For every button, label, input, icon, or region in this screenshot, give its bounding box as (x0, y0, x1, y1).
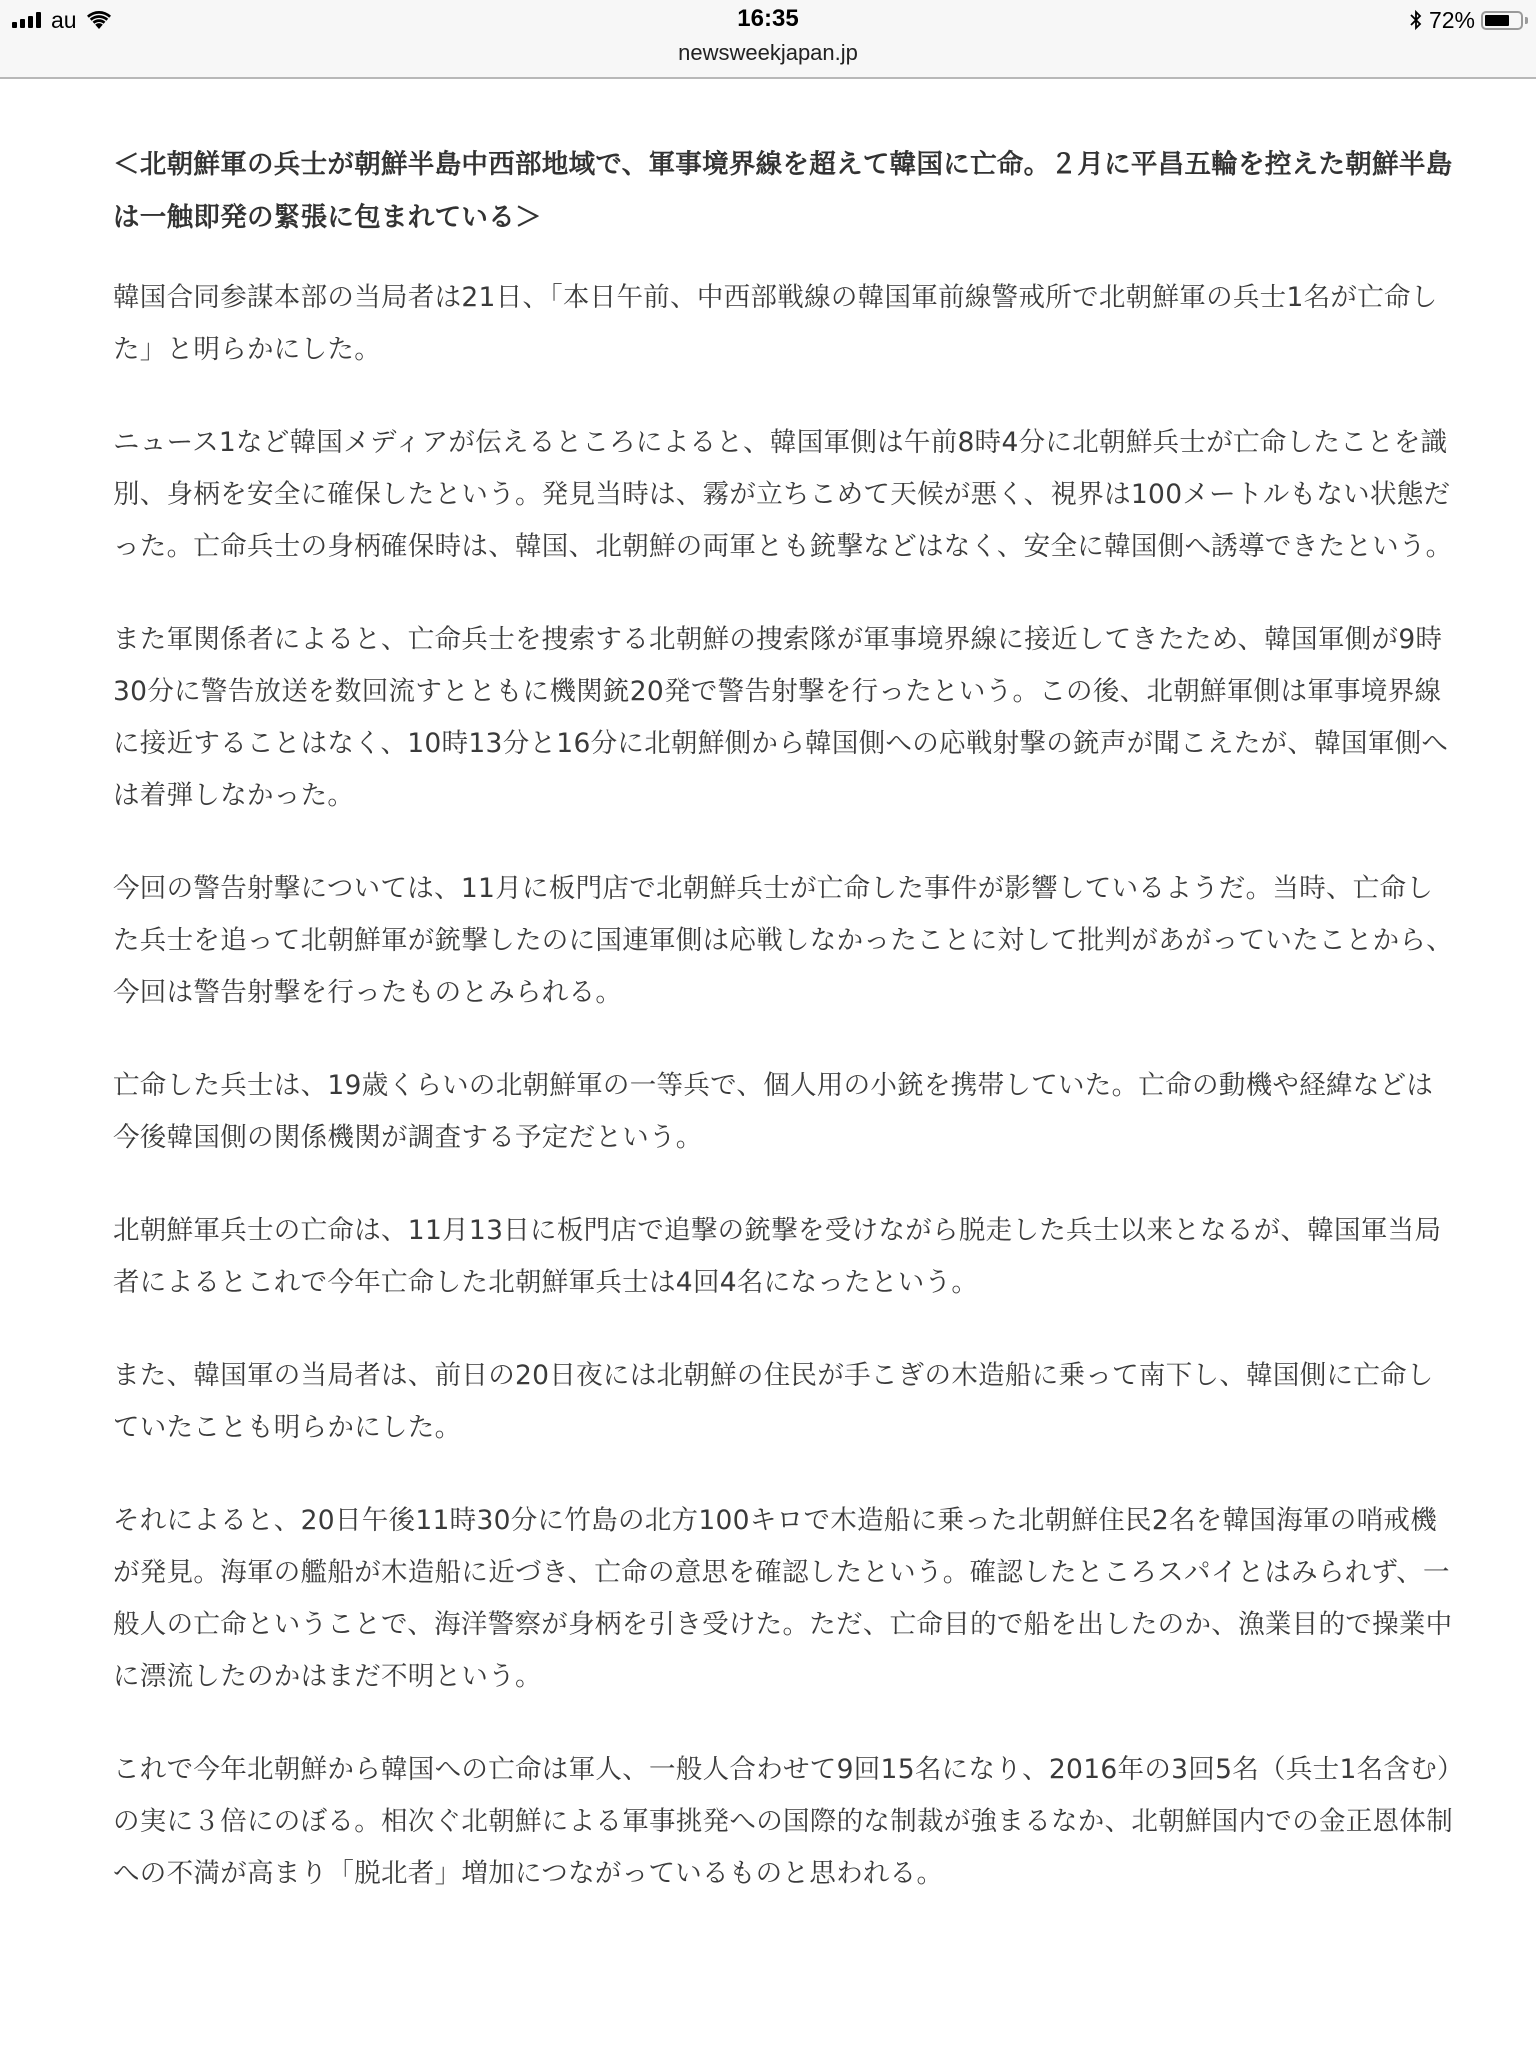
article-paragraph: 北朝鮮軍兵士の亡命は、11月13日に板門店で追撃の銃撃を受けながら脱走した兵士以… (113, 1205, 1453, 1309)
article-lead: ＜北朝鮮軍の兵士が朝鮮半島中西部地域で、軍事境界線を超えて韓国に亡命。２月に平昌… (113, 138, 1453, 244)
battery-icon (1481, 11, 1523, 30)
bluetooth-icon (1409, 9, 1423, 31)
article-paragraph: また軍関係者によると、亡命兵士を捜索する北朝鮮の捜索隊が軍事境界線に接近してきた… (113, 614, 1453, 822)
article-paragraph: また、韓国軍の当局者は、前日の20日夜には北朝鮮の住民が手こぎの木造船に乗って南… (113, 1350, 1453, 1454)
status-bar: au 16:35 72% (0, 0, 1536, 40)
status-time: 16:35 (0, 5, 1536, 33)
article-paragraph: 韓国合同参謀本部の当局者は21日、「本日午前、中西部戦線の韓国軍前線警戒所で北朝… (113, 272, 1453, 376)
article-paragraph: 亡命した兵士は、19歳くらいの北朝鮮軍の一等兵で、個人用の小銃を携帯していた。亡… (113, 1060, 1453, 1164)
article-paragraph: これで今年北朝鮮から韓国への亡命は軍人、一般人合わせて9回15名になり、2016… (113, 1744, 1453, 1900)
browser-top-bar: au 16:35 72% newsw (0, 0, 1536, 79)
battery-percent: 72% (1429, 7, 1475, 34)
status-right: 72% (1409, 6, 1528, 34)
article-paragraph: ニュース1など韓国メディアが伝えるところによると、韓国軍側は午前8時4分に北朝鮮… (113, 417, 1453, 573)
article-paragraph: それによると、20日午後11時30分に竹島の北方100キロで木造船に乗った北朝鮮… (113, 1495, 1453, 1703)
url-bar[interactable]: newsweekjapan.jp (0, 40, 1536, 66)
article-paragraph: 今回の警告射撃については、11月に板門店で北朝鮮兵士が亡命した事件が影響している… (113, 863, 1453, 1019)
article-body: ＜北朝鮮軍の兵士が朝鮮半島中西部地域で、軍事境界線を超えて韓国に亡命。２月に平昌… (113, 138, 1453, 1941)
battery-tip (1525, 17, 1528, 24)
